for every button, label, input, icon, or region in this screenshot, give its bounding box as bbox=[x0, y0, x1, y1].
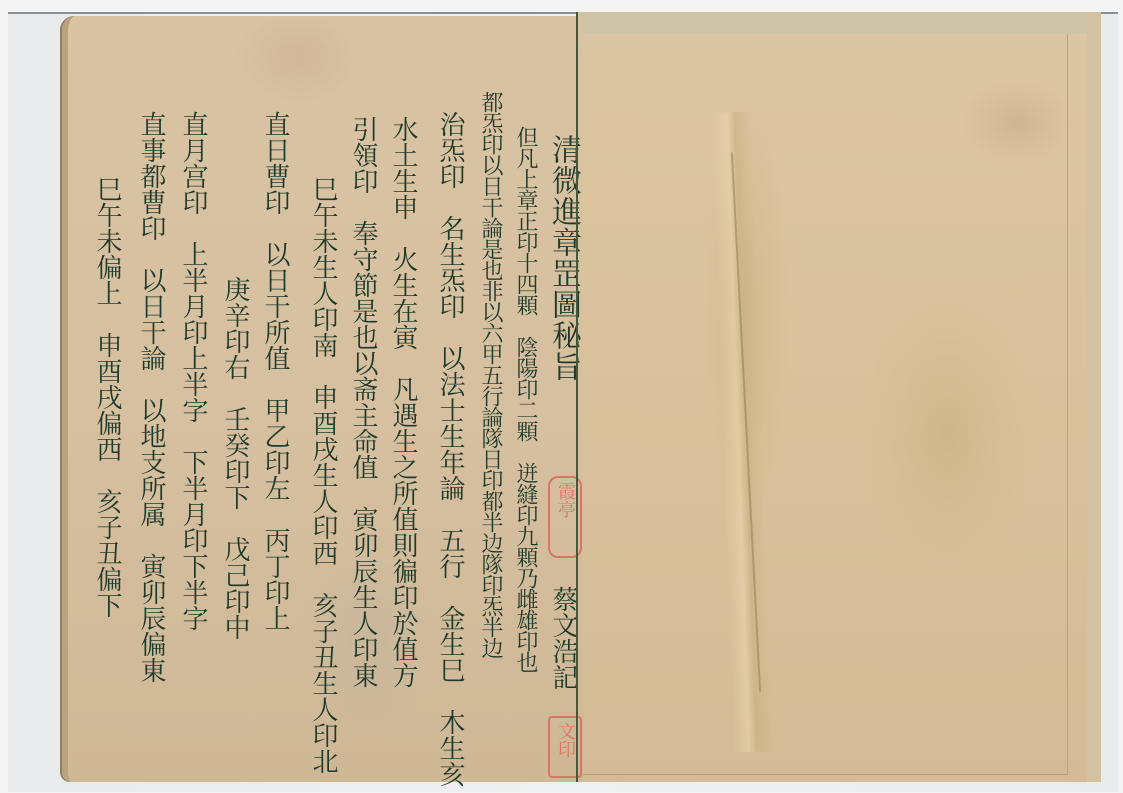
text-column-1: 但凡上章正印十四顆 陰陽印二顆 迸縫印九顆乃雌雄印也 bbox=[508, 126, 542, 776]
text-column-11: 巳午未偏上 申酉戌偏西 亥子丑偏下 bbox=[90, 176, 124, 618]
text-column-5: 引領印 奉守節是也以斋主命值 寅卯辰生人印東 bbox=[346, 116, 380, 688]
text-column-4: 水土生申 火生在寅 凡遇生之所值則徧印於值方 bbox=[386, 116, 420, 688]
text-column-9: 直月宫印 上半月印上半字 下半月印下半字 bbox=[176, 111, 210, 631]
right-page-blank bbox=[577, 12, 1101, 782]
text-column-8: 庚辛印右 壬癸印下 戊己印中 bbox=[218, 276, 252, 640]
document-title: 清微進章罡圖秘旨 bbox=[546, 134, 580, 382]
author-line: 蔡文浩記 bbox=[546, 586, 580, 690]
text-column-2: 都炁印以日干論是也非以六甲五行論隊日印都半边隊印炁半边 bbox=[473, 91, 507, 781]
text-column-6: 巳午未生人印南 申酉戌生人印西 亥子丑生人印北 bbox=[306, 176, 340, 774]
page-edge bbox=[577, 34, 1068, 775]
text-column-3: 治炁印 名生炁印 以法士生年論 五行 金生巳 木生亥 bbox=[433, 111, 467, 787]
text-column-10: 直事都曹印 以日干論 以地支所属 寅卯辰偏東 bbox=[134, 111, 168, 683]
page-divider-line bbox=[576, 12, 578, 782]
text-column-7: 直日曹印 以日干所值 甲乙印左 丙丁印上 bbox=[258, 111, 292, 631]
left-page-text: 清微進章罡圖秘旨 霞亭 蔡文浩記 文印 但凡上章正印十四顆 陰陽印二顆 迸縫印九… bbox=[62, 16, 583, 782]
